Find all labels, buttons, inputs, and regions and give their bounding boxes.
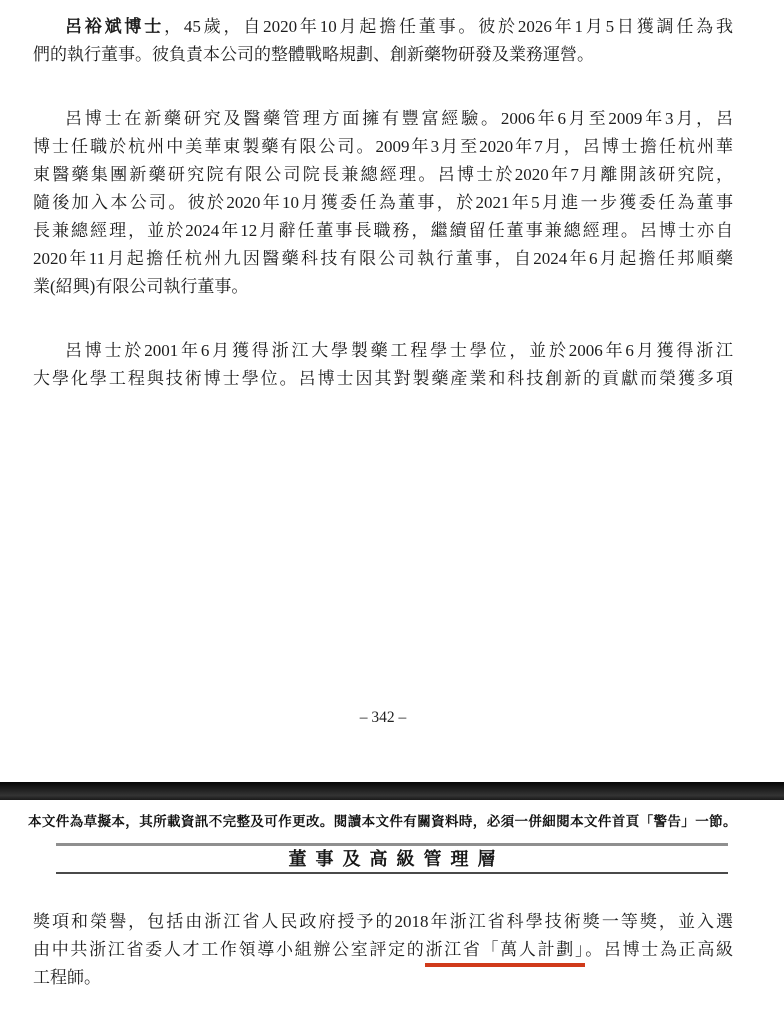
text-line: 大學化學工程與技術博士學位。呂博士因其對製藥產業和科技創新的貢獻而榮獲多項 [33, 365, 733, 393]
section-header: 董事及高級管理層 [56, 843, 728, 874]
text-segment: 。呂博士為正高級 [585, 940, 733, 959]
text-line: 呂裕斌博士，45歲，自2020年10月起擔任董事。彼於2026年1月5日獲調任為… [33, 13, 733, 41]
text-segment: 由中共浙江省委人才工作領導小組辦公室評定的 [33, 940, 425, 959]
draft-disclaimer: 本文件為草擬本，其所載資訊不完整及可作更改。閱讀本文件有關資料時，必須一併細閱本… [28, 812, 768, 831]
section-title: 董事及高級管理層 [56, 846, 728, 872]
text-line: 由中共浙江省委人才工作領導小組辦公室評定的浙江省「萬人計劃」。呂博士為正高級 [33, 936, 733, 964]
text-line: 業(紹興)有限公司執行董事。 [33, 273, 733, 301]
paragraph-awards: 獎項和榮譽，包括由浙江省人民政府授予的2018年浙江省科學技術獎一等獎，並入選 … [33, 908, 733, 992]
text-line: 東醫藥集團新藥研究院有限公司院長兼總經理。呂博士於2020年7月離開該研究院， [33, 161, 733, 189]
text-line: 們的執行董事。彼負責本公司的整體戰略規劃、創新藥物研發及業務運營。 [33, 41, 733, 69]
text-segment: ，45歲，自2020年10月起擔任董事。彼於2026年1月5日獲調任為我 [164, 17, 733, 36]
text-line: 呂博士在新藥研究及醫藥管理方面擁有豐富經驗。2006年6月至2009年3月，呂 [33, 105, 733, 133]
paragraph-director-intro: 呂裕斌博士，45歲，自2020年10月起擔任董事。彼於2026年1月5日獲調任為… [33, 13, 733, 69]
paragraph-education: 呂博士於2001年6月獲得浙江大學製藥工程學士學位，並於2006年6月獲得浙江 … [33, 337, 733, 393]
text-line: 呂博士於2001年6月獲得浙江大學製藥工程學士學位，並於2006年6月獲得浙江 [33, 337, 733, 365]
text-line: 工程師。 [33, 964, 733, 992]
text-line: 隨後加入本公司。彼於2020年10月獲委任為董事，於2021年5月進一步獲委任為… [33, 189, 733, 217]
document-viewer: 呂裕斌博士，45歲，自2020年10月起擔任董事。彼於2026年1月5日獲調任為… [0, 0, 784, 1012]
text-line: 2020年11月起擔任杭州九因醫藥科技有限公司執行董事，自2024年6月起擔任邦… [33, 245, 733, 273]
text-line: 博士任職於杭州中美華東製藥有限公司。2009年3月至2020年7月，呂博士擔任杭… [33, 133, 733, 161]
text-line: 獎項和榮譽，包括由浙江省人民政府授予的2018年浙江省科學技術獎一等獎，並入選 [33, 908, 733, 936]
page-number: – 342 – [33, 708, 733, 728]
page-divider-bar [0, 782, 784, 800]
red-underlined-text: 浙江省「萬人計劃」 [425, 940, 585, 967]
director-name: 呂裕斌博士 [65, 17, 164, 36]
paragraph-experience: 呂博士在新藥研究及醫藥管理方面擁有豐富經驗。2006年6月至2009年3月，呂 … [33, 105, 733, 301]
text-line: 長兼總經理，並於2024年12月辭任董事長職務，繼續留任董事兼總經理。呂博士亦自 [33, 217, 733, 245]
